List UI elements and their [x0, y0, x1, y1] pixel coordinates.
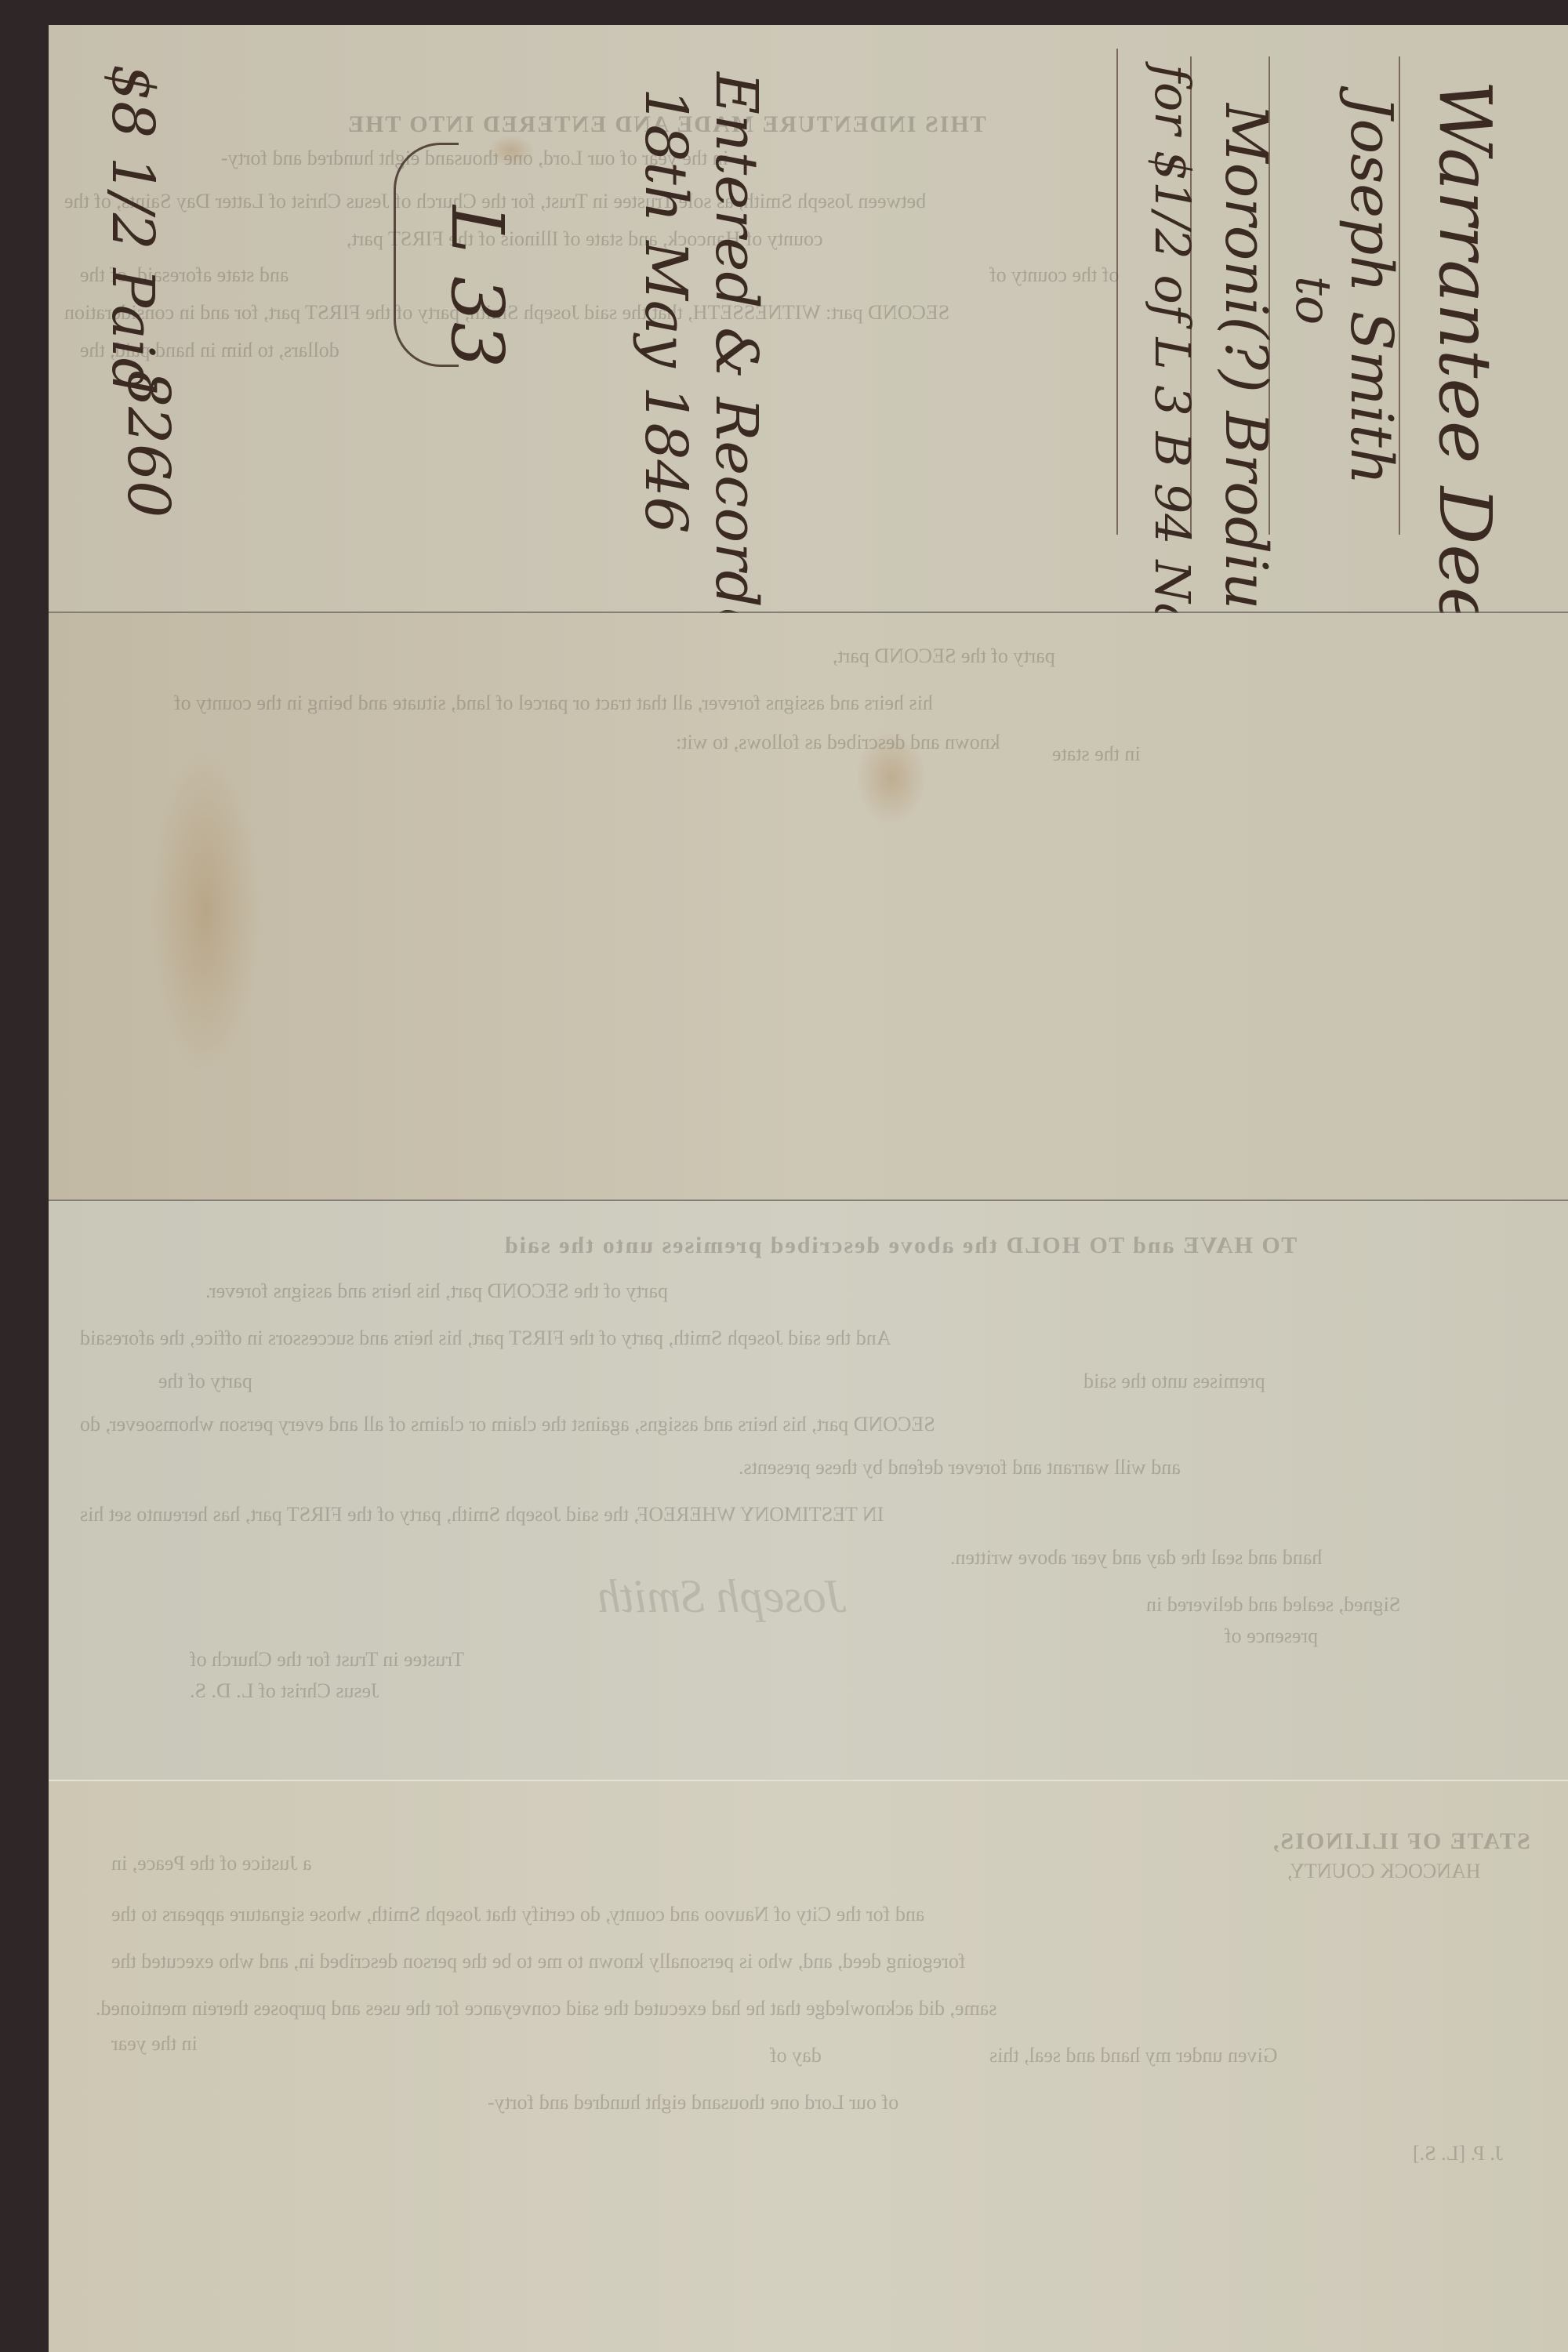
bleed-line: party of the SECOND part, his heirs and …	[205, 1279, 668, 1303]
lot-mark: L 33	[435, 205, 519, 368]
fold-panel-1: THIS INDENTURE MADE AND ENTERED INTO THE…	[49, 25, 1568, 612]
bleed-line: Jesus Christ of L. D. S.	[190, 1679, 379, 1703]
bleed-line: hand and seal the day and year above wri…	[950, 1546, 1322, 1570]
docket-grantor: Joseph Smith	[1338, 96, 1405, 485]
recorded-line-2: 18th May 1846	[632, 88, 699, 534]
bleed-line: of our Lord one thousand eight hundred a…	[488, 2091, 898, 2114]
docket-rule	[1116, 49, 1118, 535]
bleed-line: HANCOCK COUNTY,	[1287, 1860, 1481, 1883]
bleed-signature: Joseph Smith	[597, 1570, 847, 1624]
bleed-line: And the said Joseph Smith, party of the …	[80, 1327, 891, 1350]
bleed-line: day of	[770, 2044, 822, 2067]
bleed-line: Signed, sealed and delivered in	[1146, 1593, 1400, 1617]
bleed-line: of the county of	[989, 263, 1119, 287]
bleed-line: IN TESTIMONY WHEREOF, the said Joseph Sm…	[80, 1503, 884, 1526]
docket-to: to	[1285, 276, 1342, 325]
fold-panel-3: TO HAVE and TO HOLD the above described …	[49, 1201, 1568, 1780]
bleed-line: foregoing deed, and, who is personally k…	[111, 1950, 966, 1973]
record-number: 8260	[114, 370, 182, 517]
bleed-line: same, did acknowledge that he had execut…	[96, 1997, 996, 2020]
fold-panel-4: STATE OF ILLINOIS, HANCOCK COUNTY, a Jus…	[49, 1781, 1568, 2352]
bleed-line: Trustee in Trust for the Church of	[190, 1648, 464, 1671]
bleed-heading: STATE OF ILLINOIS,	[1272, 1828, 1530, 1855]
fee-paid: $8 1/2 Paid	[99, 64, 166, 395]
recorded-line-1: Entered & Recorded	[702, 72, 770, 679]
bleed-line: and for the City of Nauvoo and county, d…	[111, 1903, 924, 1926]
bleed-heading: TO HAVE and TO HOLD the above described …	[503, 1232, 1297, 1259]
bleed-line: premises unto the said	[1083, 1370, 1265, 1393]
deed-paper: THIS INDENTURE MADE AND ENTERED INTO THE…	[49, 25, 1568, 2352]
fold-panel-2: party of the SECOND part, his heirs and …	[49, 613, 1568, 1200]
bleed-line: party of the SECOND part,	[833, 644, 1055, 668]
bleed-line: SECOND part, his heirs and assigns, agai…	[80, 1413, 935, 1436]
bleed-line: in the state	[1052, 742, 1141, 766]
bleed-line: his heirs and assigns forever, all that …	[174, 691, 933, 715]
docket-grantee: Moroni(?) Brodium	[1212, 103, 1279, 665]
bleed-line: presence of	[1225, 1624, 1318, 1648]
bleed-line: Given under my hand and seal, this	[989, 2044, 1278, 2067]
bleed-line: a Justice of the Peace, in	[111, 1852, 312, 1875]
bleed-line: in the year	[111, 2032, 198, 2056]
bleed-line: and will warrant and forever defend by t…	[739, 1456, 1181, 1479]
bleed-line: party of the	[158, 1370, 252, 1393]
stain	[151, 746, 260, 1076]
bleed-line: J. P. [L. S.]	[1413, 2142, 1503, 2165]
bleed-line: known and described as follows, to wit:	[676, 731, 1000, 754]
docket-title: Warrantee Deed	[1423, 80, 1507, 676]
